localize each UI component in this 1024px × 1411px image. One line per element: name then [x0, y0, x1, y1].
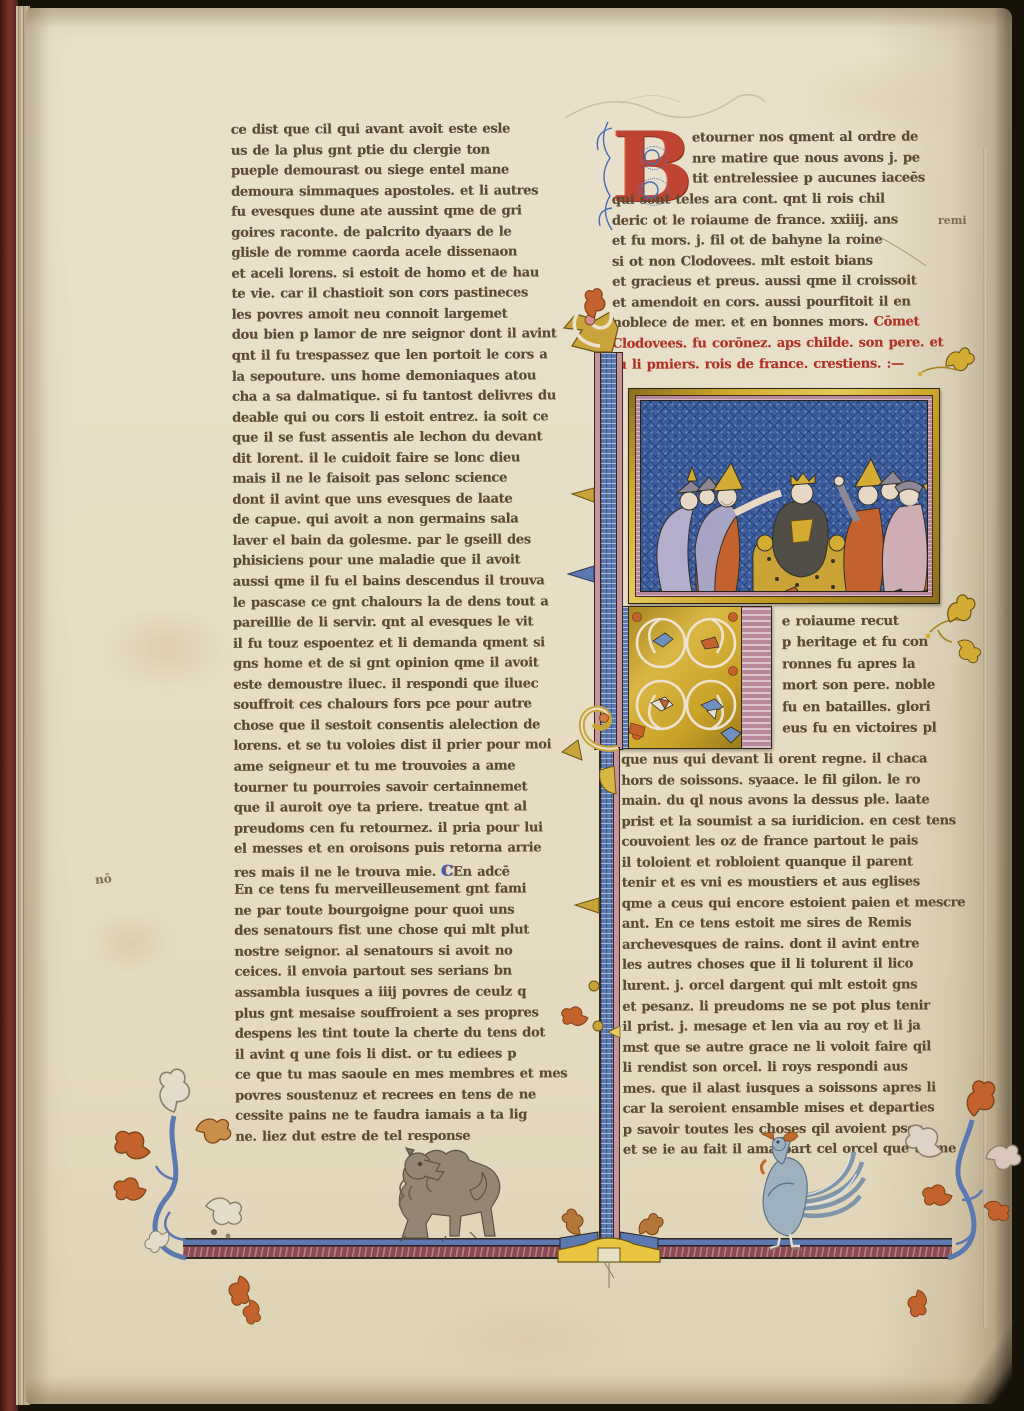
rubric-text: Cōmet: [874, 315, 920, 330]
text-line: ceices. il envoia partout ses serians bn: [234, 964, 582, 986]
text-line: p savoir toutes les choses qil avoient p…: [623, 1121, 968, 1143]
right-column-beside-initial: e roiaume recutp heritage et fu conronne…: [782, 613, 965, 742]
miniature-inner-border: [635, 395, 933, 597]
text-line: il avint q une fois li dist. or tu ediee…: [235, 1046, 583, 1068]
coronation-scene: [641, 401, 928, 592]
text-line: nre matire que nous avons j. pe: [692, 150, 964, 172]
coronation-miniature-frame: [628, 388, 940, 604]
text-line: tenir et es vni es moustiers et aus egli…: [622, 875, 967, 897]
text-line: plus gnt mesaise souffroient a ses propr…: [235, 1005, 583, 1027]
text-line: archevesques de rains. dont il avint ent…: [622, 936, 967, 958]
text-line: que il auroit oye ta priere. treatue qnt…: [234, 799, 582, 821]
text-line: cha a sa dalmatique. si fu tantost deliv…: [232, 388, 580, 410]
text-line: etourner nos qment al ordre de: [692, 129, 964, 151]
text-line: goires raconte. de palcrito dyaars de le: [231, 224, 579, 246]
text-line: e roiaume recut: [782, 613, 964, 635]
text-line: nostre seignor. al senatours si avoit no: [234, 943, 582, 965]
text-line: il fu touz espoentez et li demanda qment…: [233, 635, 581, 657]
text-line: et gracieus et preus. aussi qme il crois…: [612, 273, 964, 295]
text-line: assambla iusques a iiij povres de ceulz …: [235, 984, 583, 1006]
text-line: dont il avint que uns evesques de laate: [232, 491, 580, 513]
text-line: dit lorent. il le cuidoit faire se lonc …: [232, 450, 580, 472]
text-line: hors de soissons. syaace. le fil gilon. …: [621, 772, 966, 794]
text-line: ant. En ce tens estoit me sires de Remis: [622, 916, 967, 938]
text-line: glisle de romme caorda acele dissenaon: [231, 245, 579, 267]
right-column-opening-indented: etourner nos qment al ordre denre matire…: [692, 129, 964, 192]
text-line: tourner tu pourroies savoir certainnemet: [234, 779, 582, 801]
bar-border-vertical-narrow: [599, 747, 620, 1245]
text-line: pueple demourast ou siege entel mane: [231, 162, 579, 184]
text-line: este demoustre iluec. il respondi que il…: [233, 676, 581, 698]
text-line: qme a ceus qui encore estoient paien et …: [622, 895, 967, 917]
body-text: noblece de mer. et en bonnes mors.: [612, 315, 873, 331]
text-line: cessite pains ne te faudra iamais a ta l…: [235, 1107, 583, 1129]
text-line: des senatours fist une chose qui mlt plu…: [234, 923, 582, 945]
text-line: ronnes fu apres la: [782, 655, 964, 677]
text-line: et pesanz. li preudoms ne se pot plus te…: [622, 998, 967, 1020]
text-line: et fu mors. j. fil ot de bahyne la roine: [612, 232, 964, 254]
text-line: En ce tens fu merveilleusement gnt fami: [234, 881, 582, 903]
paraph-initial: C: [441, 861, 453, 879]
text-line: il prist. j. mesage et len via au roy et…: [622, 1018, 967, 1040]
parchment-crease: [983, 148, 986, 1328]
text-line: dou bien p lamor de nre seignor dont il …: [232, 327, 580, 349]
marginal-note-right: remi: [938, 214, 967, 227]
text-line: pareillie de li servir. qnt al evesques …: [233, 614, 581, 636]
bar-border-vertical-wide: [594, 352, 623, 750]
text-line: le pascase ce gnt chalours la de dens to…: [233, 594, 581, 616]
text-line: deable qui ou cors li estoit entrez. ia …: [232, 409, 580, 431]
right-column-opening: qui sont teles ara cont. qnt li rois chi…: [612, 191, 965, 336]
text-line: ne. liez dut estre de tel response: [235, 1128, 583, 1150]
rubric: Clodovees. fu corōnez. aps childe. son p…: [612, 335, 964, 378]
right-text-column: que nus qui devant li orent regne. il ch…: [621, 751, 968, 1163]
text-line: couvoient les oz de france partout le pa…: [621, 833, 966, 855]
initial-l-gold-field: [629, 607, 741, 748]
text-line: mes. que il alast iusques a soissons apr…: [623, 1080, 968, 1102]
text-line: les povres amoit neu connoit largemet: [232, 306, 580, 328]
text-line: te vie. car il chastioit son cors pastin…: [231, 286, 579, 308]
initial-l-mauve-stem: [741, 607, 771, 748]
page-corner-shadow: [942, 1294, 1012, 1404]
text-line: et se ie au fait il ama part cel orcel q…: [623, 1142, 968, 1164]
text-line: chose que il sestoit consentis alelectio…: [233, 717, 581, 739]
text-line: Clodovees. fu corōnez. aps childe. son p…: [612, 335, 964, 357]
text-line: li rendist son orcel. li roys respondi a…: [622, 1059, 967, 1081]
text-line: et aceli lorens. si estoit de homo et de…: [231, 265, 579, 287]
manuscript-photo: ce dist que cil qui avant avoit este esl…: [0, 0, 1024, 1411]
decorated-initial-L-block: [618, 606, 772, 749]
text-line: ame seigneur et tu me trouvoies a ame: [234, 758, 582, 780]
text-line: il toloient et robloient quanque il pare…: [622, 854, 967, 876]
text-line: car la seroient ensamble mises et depart…: [623, 1101, 968, 1123]
text-line: preudoms cen fu retournez. il pria pour …: [234, 820, 582, 842]
text-line: eus fu en victoires pl: [782, 720, 964, 742]
text-line: la sepouture. uns home demoniaques atou: [232, 368, 580, 390]
text-line: ce dist que cil qui avant avoit este esl…: [231, 121, 579, 143]
text-line: aussi qme il fu el bains descendus il tr…: [233, 573, 581, 595]
initial-b-filigree: [640, 146, 668, 170]
text-line: souffroit ces chalours fors pce pour aut…: [233, 697, 581, 719]
text-line: qnt il fu trespassez que len portoit le …: [232, 347, 580, 369]
text-line: de capue. qui avoit a non germains sala: [232, 512, 580, 534]
text-line: lurent. j. orcel dargent qui mlt estoit …: [622, 977, 967, 999]
text-line: fu li pmiers. rois de france. crestiens.…: [612, 356, 964, 378]
text-line: noblece de mer. et en bonnes mors. Cōmet: [612, 315, 964, 337]
miniature-diapered-background: [640, 400, 928, 592]
text-line: despens les tint toute la cherte du tens…: [235, 1025, 583, 1047]
text-line: les autres choses que il li tolurent il …: [622, 957, 967, 979]
text-line: laver el bain da golesme. par le gseill …: [233, 532, 581, 554]
text-line: qui sont teles ara cont. qnt li rois chi…: [612, 191, 964, 213]
text-line: deric ot le roiaume de france. xxiiij. a…: [612, 212, 964, 234]
text-line: ce que tu mas saoule en mes membres et m…: [235, 1066, 583, 1088]
text-line: fu en batailles. glori: [782, 698, 964, 720]
text-line: mst que se autre grace ne li voloit fair…: [622, 1039, 967, 1061]
text-line: gns home et de si gnt opinion qme il avo…: [233, 655, 581, 677]
text-line: ne par toute bourgoigne pour quoi uns: [234, 902, 582, 924]
body-text: res mais il ne le trouva mie.: [234, 865, 441, 881]
text-line: si ot non Clodovees. mlt estoit bians: [612, 253, 964, 275]
body-text: En adcē: [453, 864, 510, 879]
text-line: que nus qui devant li orent regne. il ch…: [621, 751, 966, 773]
text-line: phisiciens pour une maladie que il avoit: [233, 553, 581, 575]
text-line: main. du ql nous avons la dessus ple. la…: [621, 792, 966, 814]
text-line: res mais il ne le trouva mie. CEn adcē: [234, 861, 582, 883]
text-line: tit entrelessiee p aucunes iaceēs: [692, 171, 964, 193]
text-line: lorens. et se tu voloies dist il prier p…: [233, 738, 581, 760]
marginal-note-left: nō: [94, 871, 112, 887]
text-line: prist et la soumist a sa iuridicion. en …: [621, 813, 966, 835]
text-line: mort son pere. noble: [782, 677, 964, 699]
left-text-column: ce dist que cil qui avant avoit este esl…: [231, 121, 583, 1150]
text-line: que il se fust assentis ale lechon du de…: [232, 429, 580, 451]
initial-l-vine-spirals: [629, 607, 741, 745]
text-line: demoura simmaques apostoles. et li autre…: [231, 183, 579, 205]
text-line: el messes et en oroisons puis retorna ar…: [234, 840, 582, 862]
bar-border-bottom: [183, 1238, 952, 1259]
text-line: mais il ne le faisoit pas selonc science: [232, 471, 580, 493]
text-line: povres soustenuz et recrees en tens de n…: [235, 1087, 583, 1109]
text-line: us de la plus gnt ptie du clergie ton: [231, 142, 579, 164]
text-line: fu evesques dune ate aussint qme de gri: [231, 203, 579, 225]
text-line: p heritage et fu con: [782, 634, 964, 656]
text-line: et amendoit en cors. aussi pourfitoit il…: [612, 294, 964, 316]
